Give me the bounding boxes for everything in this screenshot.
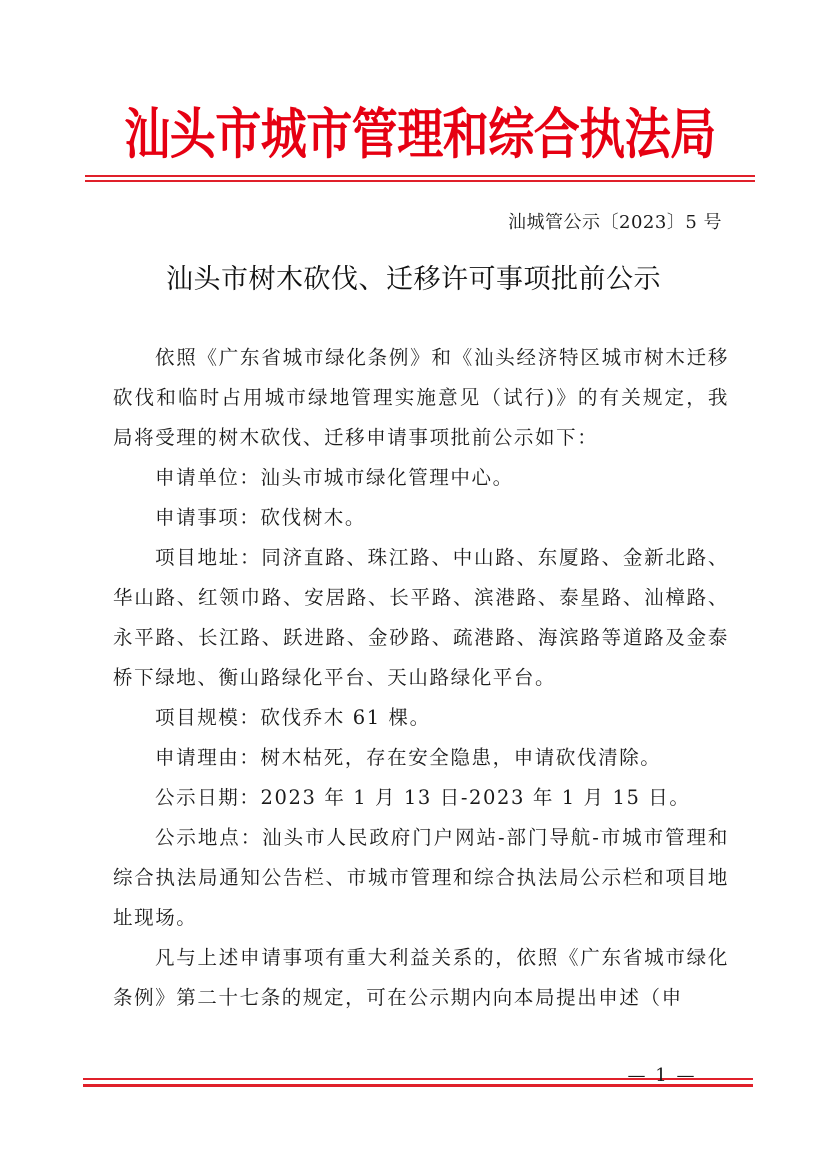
paragraph-location: 公示地点：汕头市人民政府门户网站-部门导航-市城市管理和综合执法局通知公告栏、市…: [113, 818, 729, 938]
paragraph-dates: 公示日期：2023 年 1 月 13 日-2023 年 1 月 15 日。: [113, 778, 729, 818]
header-rule-top: [85, 175, 755, 177]
paragraph-scale: 项目规模：砍伐乔木 61 棵。: [113, 698, 729, 738]
paragraph-objection: 凡与上述申请事项有重大利益关系的，依照《广东省城市绿化条例》第二十七条的规定，可…: [113, 938, 729, 1018]
header-rule-bottom: [85, 180, 755, 182]
letterhead-title: 汕头市城市管理和综合执法局: [118, 94, 722, 174]
page-number: — 1 —: [612, 1064, 712, 1088]
document-title: 汕头市树木砍伐、迁移许可事项批前公示: [0, 260, 827, 300]
paragraph-applicant: 申请单位：汕头市城市绿化管理中心。: [113, 458, 729, 498]
paragraph-reason: 申请理由：树木枯死，存在安全隐患，申请砍伐清除。: [113, 738, 729, 778]
paragraph-matter: 申请事项：砍伐树木。: [113, 498, 729, 538]
document-number: 汕城管公示〔2023〕5 号: [508, 208, 722, 238]
document-body: 依照《广东省城市绿化条例》和《汕头经济特区城市树木迁移砍伐和临时占用城市绿地管理…: [113, 338, 729, 1018]
paragraph-address: 项目地址：同济直路、珠江路、中山路、东厦路、金新北路、华山路、红领巾路、安居路、…: [113, 538, 729, 698]
paragraph-basis: 依照《广东省城市绿化条例》和《汕头经济特区城市树木迁移砍伐和临时占用城市绿地管理…: [113, 338, 729, 458]
